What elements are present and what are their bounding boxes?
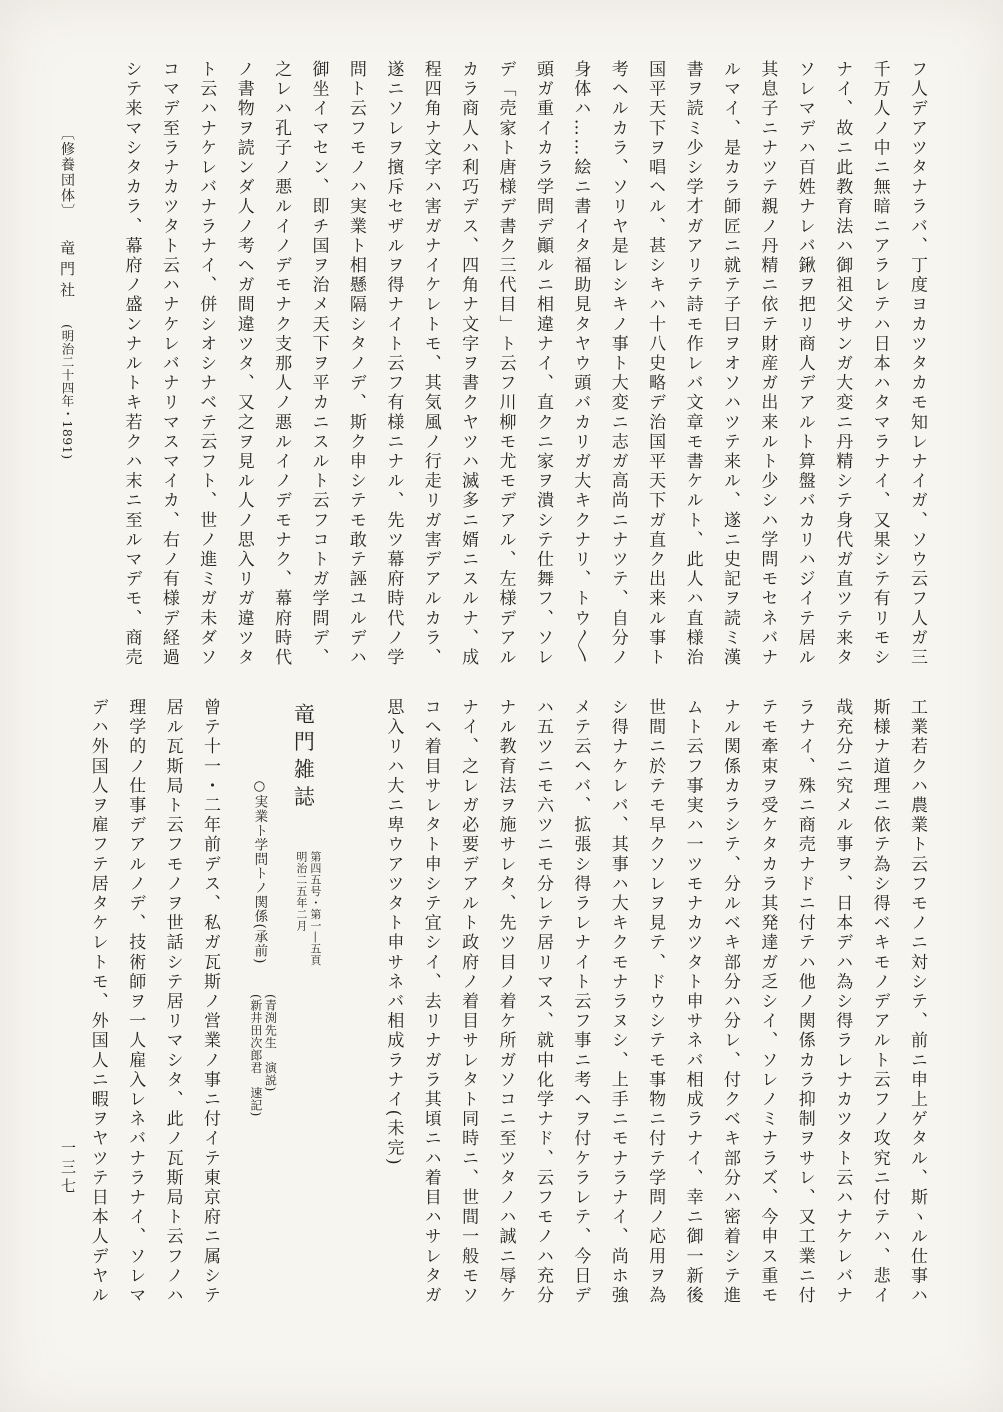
text-column: 御坐イマセン、即チ国ヲ治メ天下ヲ平カニスルト云フコトガ学問デ、 — [299, 60, 336, 664]
text-column: ナイ、之レガ必要デアルト政府ノ着目サレタト同時ニ、世間一般モソ — [449, 698, 486, 1302]
text-column: 其息子ニナツテ親ノ丹精ニ依テ財産ガ出来ルト少シハ学問モセネバナ — [748, 60, 785, 664]
text-column: 国平天下ヲ唱ヘル、甚シキハ十八史略デ治国平天下ガ直ク出来ル事ト — [636, 60, 673, 664]
text-column: ムト云フ事実ハ一ツモナカツタト申サネバ相成ラナイ、幸ニ御一新後 — [673, 698, 710, 1302]
text-column: デハ外国人ヲ雇フテ居タケレトモ、外国人ニ暇ヲヤツテ日本人デヤル — [78, 698, 115, 1302]
text-column: 問ト云フモノハ実業ト相懸隔シタノデ、斯ク申シテモ敢テ誣ユルデハ — [337, 60, 374, 664]
text-column: テモ牽束ヲ受ケタカラ其発達ガ乏シイ、ソレノミナラズ、今申ス重モ — [748, 698, 785, 1302]
journal-meta: 第四五号・第一―五頁 明治二五年二月 — [294, 851, 322, 966]
journal-issue: 第四五号・第一―五頁 — [308, 851, 322, 966]
text-column: 理学的ノ仕事デアルノデ、技術師ヲ一人雇入レネバナラナイ、ソレマ — [116, 698, 153, 1302]
text-column: 工業若クハ農業ト云フモノニ対シテ、前ニ申上ゲタル、斯ヽル仕事ハ — [898, 698, 935, 1302]
text-column: ナル教育法ヲ施サレタ、先ツ目ノ着ケ所ガソコニ至ツタノハ誠ニ辱ケ — [486, 698, 523, 1302]
text-column: ナル関係カラシテ、分ルベキ部分ハ分レ、付クベキ部分ハ密着シテ進 — [711, 698, 748, 1302]
section-heading: ○実業ト学問トノ関係(承前) (青渕先生 演説) (新井田次郎君 速記) — [240, 698, 277, 1302]
journal-title: 竜門雑誌 — [291, 698, 315, 813]
text-column: デ「売家ト唐様デ書ク三代目」ト云フ川柳モ尤モデアル、左様デアル — [486, 60, 523, 664]
stenographer-note: (新井田次郎君 速記) — [248, 994, 263, 1117]
text-column: シテ来マシタカラ、幕府ノ盛ンナルトキ若クハ末ニ至ルマデモ、商売 — [112, 60, 149, 664]
text-column: ルマイ、是カラ師匠ニ就テ子曰ヲオソハツテ来ル、遂ニ史記ヲ読ミ漢 — [711, 60, 748, 664]
text-column: 千万人ノ中ニ無暗ニアラレテハ日本ハタマラナイ、又果シテ有リモシ — [860, 60, 897, 664]
text-column: ト云ハナケレバナラナイ、併シオシナベテ云フト、世ノ進ミガ未ダソ — [187, 60, 224, 664]
top-article: フ人デアツタナラバ、丁度ヨカツタカモ知レナイガ、ソウ云フ人ガ三 千万人ノ中ニ無暗… — [112, 60, 935, 664]
section-heading-title: ○実業ト学問トノ関係(承前) — [251, 778, 267, 964]
heading-annotations: (青渕先生 演説) (新井田次郎君 速記) — [248, 994, 277, 1117]
bottom-article: 工業若クハ農業ト云フモノニ対シテ、前ニ申上ゲタル、斯ヽル仕事ハ 斯様ナ道理ニ依テ… — [78, 698, 935, 1302]
text-column: ハ五ツニモ六ツニモ分レテ居リマス、就中化学ナド、云フモノハ充分 — [524, 698, 561, 1302]
text-column: ソレマデハ百姓ナレバ鍬ヲ把リ商人デアルト算盤バカリハジイテ居ル — [785, 60, 822, 664]
speaker-note: (青渕先生 演説) — [263, 994, 278, 1117]
page-number: 一三七 — [58, 1140, 79, 1197]
text-column: フ人デアツタナラバ、丁度ヨカツタカモ知レナイガ、ソウ云フ人ガ三 — [898, 60, 935, 664]
text-column: ノ書物ヲ読ンダ人ノ考ヘガ間違ツタ、又之ヲ見ル人ノ思入リガ違ツタ — [224, 60, 261, 664]
text-column: 思入リハ大ニ卑ウアツタト申サネバ相成ラナイ(未完) — [374, 698, 411, 1302]
text-column: 程四角ナ文字ハ害ガナイケレトモ、其気風ノ行走リガ害デアルカラ、 — [411, 60, 448, 664]
margin-label: 〔修養団体〕 竜門社 (明治二十四年・1891) — [52, 126, 82, 460]
text-column: 遂ニソレヲ擯斥セザルヲ得ナイト云フ有様ニナル、先ツ幕府時代ノ学 — [374, 60, 411, 664]
text-column: コヘ着目サレタト申シテ宜シイ、去リナガラ其頃ニハ着目ハサレタガ — [411, 698, 448, 1302]
text-column: 身体ハ……絵ニ書イタ福助見タヤウ頭バカリガ大キクナリ、トウ〱 — [561, 60, 598, 664]
category-label: 〔修養団体〕 — [52, 126, 82, 219]
text-column: コマデ至ラナカツタト云ハナケレバナリマスマイカ、右ノ有様デ経過 — [149, 60, 186, 664]
text-column: メテ云ヘバ、拡張シ得ラレナイト云フ事ニ考ヘヲ付ケラレテ、今日デ — [561, 698, 598, 1302]
organization-label: 竜門社 — [52, 240, 82, 303]
scanned-document-page: フ人デアツタナラバ、丁度ヨカツタカモ知レナイガ、ソウ云フ人ガ三 千万人ノ中ニ無暗… — [0, 0, 1003, 1412]
text-column: 哉充分ニ究メル事ヲ、日本デハ為シ得ラレナカツタト云ハナケレバナ — [823, 698, 860, 1302]
text-column: 頭ガ重イカラ学問デ顚ルニ相違ナイ、直クニ家ヲ潰シテ仕舞フ、ソレ — [524, 60, 561, 664]
text-column: カラ商人ハ利巧デス、四角ナ文字ヲ書クヤツハ滅多ニ婿ニスルナ、成 — [449, 60, 486, 664]
text-column: ラナイ、殊ニ商売ナドニ付テハ他ノ関係カラ抑制ヲサレ、又工業ニ付 — [785, 698, 822, 1302]
year-label: (明治二十四年・1891) — [52, 324, 82, 460]
text-column: 斯様ナ道理ニ依テ為シ得ベキモノデアルト云フノ攻究ニ付テハ、悲イ — [860, 698, 897, 1302]
text-column: ナイ、故ニ此教育法ハ御祖父サンガ大変ニ丹精シテ身代ガ直ツテ来タ — [823, 60, 860, 664]
text-column: 書ヲ読ミ少シ学才ガアリテ詩モ作レバ文章モ書ケルト、此人ハ直様治 — [673, 60, 710, 664]
text-column: 考ヘルカラ、ソリヤ是レシキノ事ト大変ニ志ガ高尚ニナツテ、自分ノ — [598, 60, 635, 664]
text-column: 之レハ孔子ノ悪ルイノデモナク支那人ノ悪ルイノデモナク、幕府時代 — [262, 60, 299, 664]
text-column: 居ル瓦斯局ト云フモノヲ世話シテ居リマシタ、此ノ瓦斯局ト云フノハ — [153, 698, 190, 1302]
text-column: 曾テ十一・二年前デス、私ガ瓦斯ノ営業ノ事ニ付イテ東京府ニ属シテ — [191, 698, 228, 1302]
journal-date: 明治二五年二月 — [294, 851, 308, 966]
text-column: 世間ニ於テモ早クソレヲ見テ、ドウシテモ事物ニ付テ学問ノ応用ヲ為 — [636, 698, 673, 1302]
text-column: シ得ナケレバ、其事ハ大キクモナラヌシ、上手ニモナラナイ、尚ホ強 — [598, 698, 635, 1302]
journal-header: 竜門雑誌 第四五号・第一―五頁 明治二五年二月 — [285, 698, 322, 1302]
